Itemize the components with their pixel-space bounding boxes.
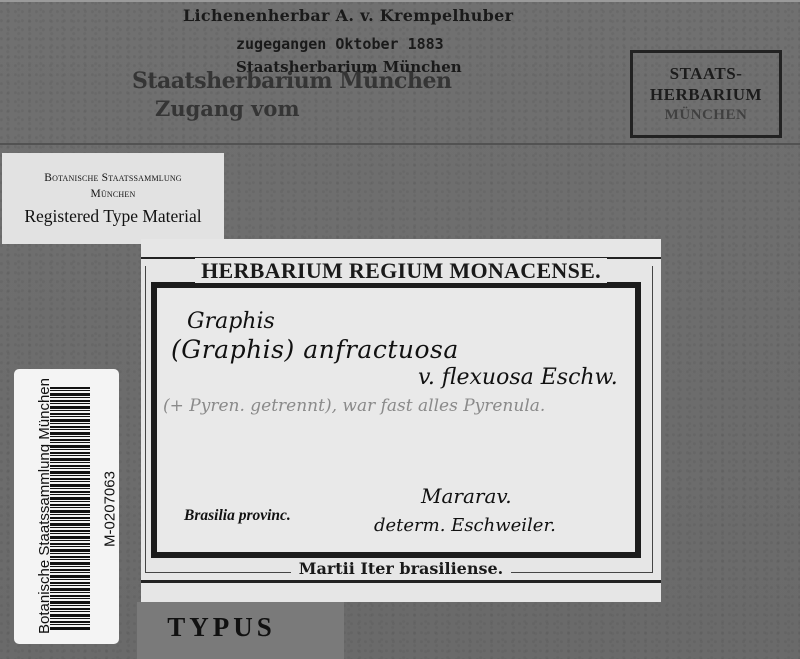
sheet-top-edge — [0, 0, 800, 2]
barcode-label: Botanische Staatssammlung München M-0207… — [14, 369, 119, 644]
type-label-institution: Botanische Staatssammlung — [44, 170, 182, 186]
determiner-handwritten: determ. Eschweiler. — [374, 515, 556, 536]
barcode-catalog-number: M-0207063 — [102, 471, 119, 547]
zugang-stamp-line2: Zugang vom — [155, 96, 300, 121]
typus-tag: TYPUS — [137, 602, 344, 659]
herbarium-sheet: Lichenenherbar A. v. Krempelhuber zugega… — [0, 0, 800, 659]
krempelhuber-stamp-line2: zugegangen Oktober 1883 — [236, 35, 444, 53]
typus-label: TYPUS — [167, 612, 276, 643]
label-rule-bottom — [141, 580, 661, 583]
variety-handwritten: v. flexuosa Eschw. — [418, 365, 618, 390]
herbarium-label: HERBARIUM REGIUM MONACENSE. Graphis (Gra… — [141, 239, 661, 602]
type-label-title: Registered Type Material — [24, 204, 201, 228]
genus-handwritten: Graphis — [187, 309, 275, 334]
barcode-icon — [50, 387, 90, 630]
sheet-crease — [0, 143, 800, 145]
pencil-annotation: (+ Pyren. getrennt), war fast alles Pyre… — [163, 396, 545, 416]
staatsherbarium-box-stamp: STAATS- HERBARIUM MÜNCHEN — [630, 50, 782, 138]
label-footer: Martii Iter brasiliense. — [141, 558, 661, 580]
type-label-city: München — [91, 186, 136, 202]
locality-handwritten: Mararav. — [421, 484, 512, 508]
krempelhuber-stamp-line1: Lichenenherbar A. v. Krempelhuber — [183, 6, 513, 25]
label-title-text: HERBARIUM REGIUM MONACENSE. — [195, 258, 607, 283]
zugang-stamp-line1: Staatsherbarium München — [132, 68, 451, 94]
label-title: HERBARIUM REGIUM MONACENSE. — [141, 259, 661, 283]
label-footer-text: Martii Iter brasiliense. — [291, 559, 511, 578]
box-stamp-line3: MÜNCHEN — [665, 105, 748, 126]
printed-locality: Brasilia provinc. — [184, 507, 291, 525]
box-stamp-line1: STAATS- — [670, 63, 743, 84]
species-handwritten: (Graphis) anfractuosa — [171, 335, 459, 364]
registered-type-label: Botanische Staatssammlung München Regist… — [2, 153, 224, 244]
box-stamp-line2: HERBARIUM — [650, 84, 762, 105]
